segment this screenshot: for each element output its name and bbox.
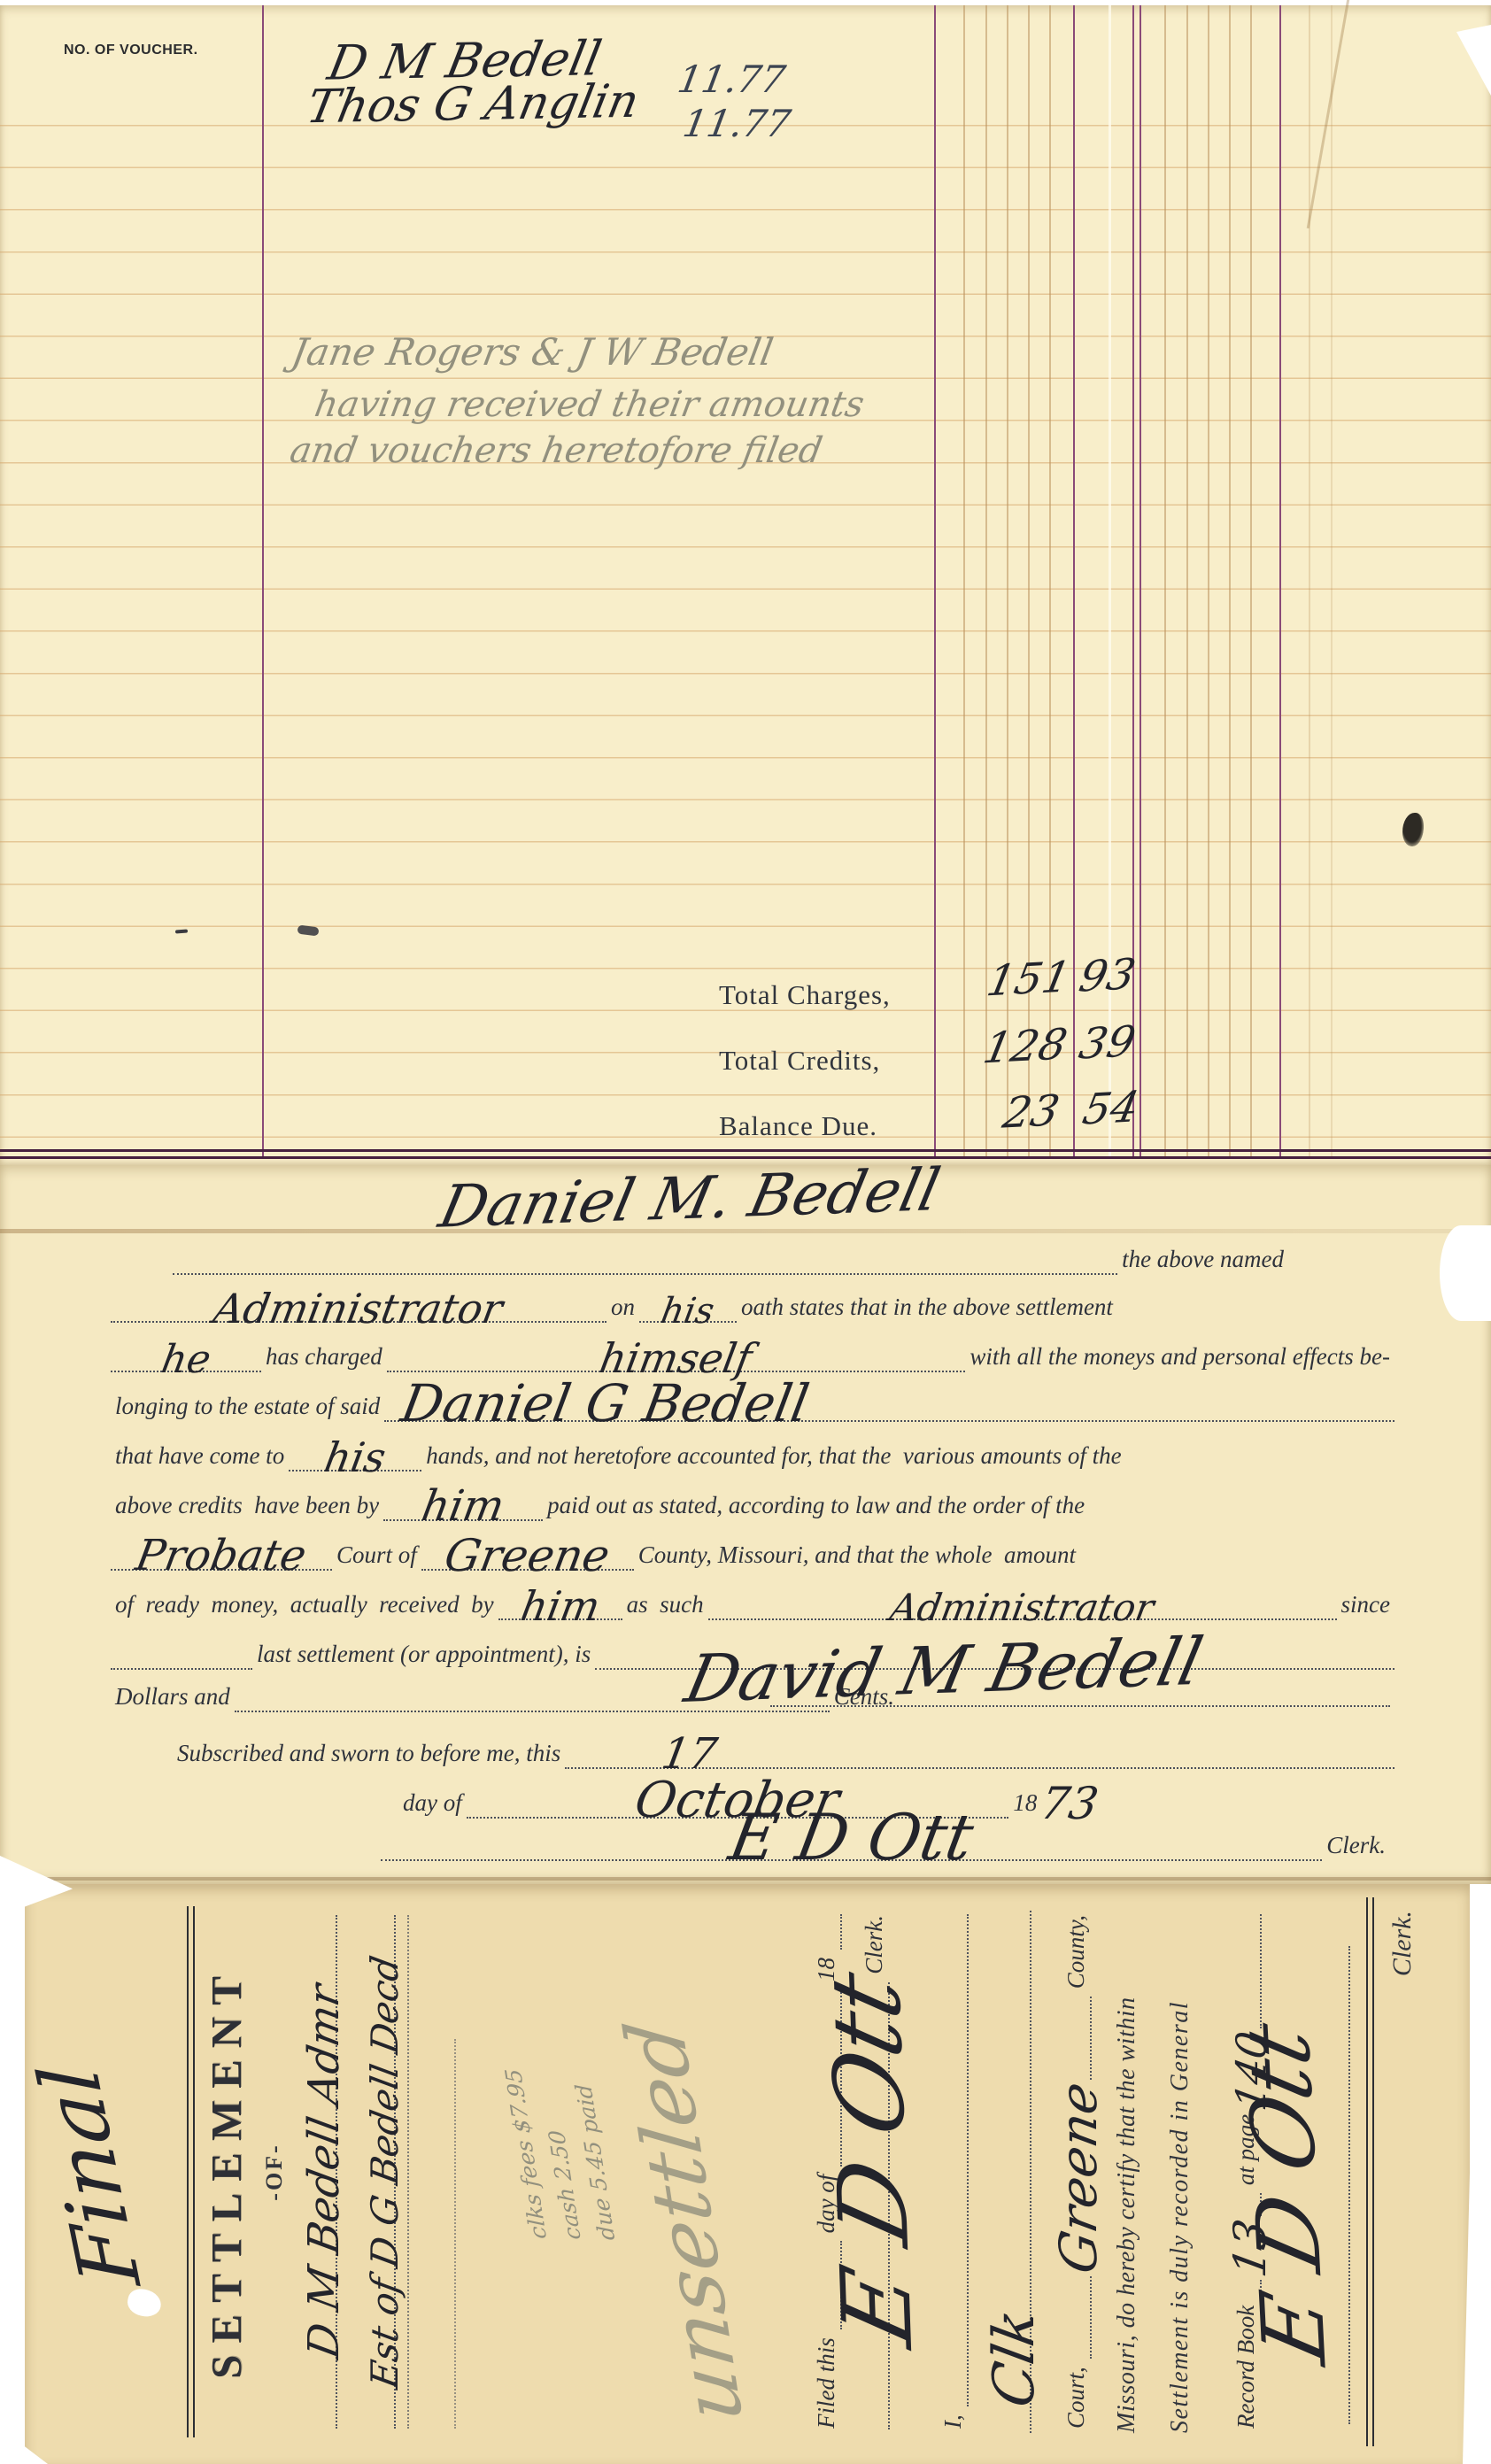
- printed-text: oath states that in the above settlement: [737, 1294, 1394, 1323]
- total-charges-dollars: 151: [984, 960, 1073, 1000]
- pencil-scrawl: unsettled: [621, 2020, 750, 2424]
- blank-line: Greene: [421, 1537, 634, 1572]
- pencil-note-line: Jane Rogers & J W Bedell: [290, 336, 776, 368]
- ott-signature-1: E D Ott: [826, 1966, 920, 2352]
- clerk-label-2: Clerk.: [1387, 1911, 1418, 2433]
- settlement-title: SETTLEMENT: [201, 1884, 251, 2460]
- clerk-signature: E D Ott: [726, 1811, 977, 1865]
- ledger-thin-rule: [963, 5, 965, 1156]
- administrator-fill: Administrator: [888, 1592, 1156, 1624]
- ledger-bottom-rule: [0, 1149, 1491, 1152]
- greene-fill: Greene: [1057, 2079, 1101, 2276]
- affidavit-line-7: Probate Court of Greene County, Missouri…: [111, 1525, 1394, 1571]
- dotted-leader: [965, 1914, 969, 2406]
- party2-fill: Est of D G Bedell Decd: [369, 1953, 401, 2390]
- him-fill: him: [518, 1589, 602, 1624]
- he-fill: he: [159, 1343, 213, 1376]
- printed-text: Court,: [1062, 2362, 1092, 2433]
- blank-line: him: [498, 1589, 622, 1620]
- printed-text: Subscribed and sworn to before me, this: [173, 1740, 565, 1769]
- printed-text: as such: [622, 1591, 708, 1620]
- printed-text: Clerk.: [1322, 1832, 1390, 1861]
- pencil-note-line: having received their amounts: [313, 390, 866, 420]
- affidavit-line-3: he has charged himself with all the mone…: [111, 1326, 1394, 1372]
- money-column-rule-3: [1279, 5, 1281, 1156]
- sheet-edge: [0, 1877, 1491, 1881]
- printed-text: County, Missouri, and that the whole amo…: [634, 1541, 1394, 1571]
- his-fill: his: [659, 1296, 716, 1326]
- blank-line: himself: [387, 1341, 966, 1372]
- affidavit-line-11: Subscribed and sworn to before me, this …: [173, 1723, 1394, 1769]
- affidavit-name-fill: Daniel M. Bedell: [436, 1165, 944, 1232]
- scanned-settlement-document: NO. OF VOUCHER. D M Bedell 11.77 Thos G …: [0, 0, 1491, 2464]
- pencil-fee-note: clks fees $7.95 cash 2.50 due 5.45 paid: [497, 2068, 624, 2240]
- ledger-thin-rule: [1229, 5, 1231, 1156]
- docket-party-line-1: D M Bedell Admr: [290, 1915, 337, 2429]
- ledger-bottom-rule: [0, 1156, 1491, 1159]
- balance-due-cents: 54: [1080, 1089, 1142, 1128]
- ledger-thin-rule: [1164, 5, 1166, 1156]
- administrator-fill: Administrator: [212, 1292, 506, 1326]
- clk-line: Clk: [980, 1911, 1031, 2433]
- pencil-note-line: and vouchers heretofore filed: [288, 436, 824, 466]
- cert-line-2: Settlement is duly recorded in General: [1166, 1911, 1194, 2433]
- probate-fill: Probate: [134, 1538, 309, 1574]
- printed-text: paid out as stated, according to law and…: [543, 1492, 1394, 1521]
- blank-line: him: [383, 1488, 543, 1521]
- ledger-entry-amount: 11.77: [681, 108, 793, 140]
- affidavit-line-2: Administrator on his oath states that in…: [111, 1277, 1394, 1323]
- docket-party-line-2: Est of D G Bedell Decd: [348, 1915, 396, 2429]
- empty-docket-line: [407, 1915, 409, 2429]
- dotted-leader: [1258, 1914, 1262, 2028]
- total-credits-cents: 39: [1077, 1023, 1139, 1062]
- printed-text: on: [606, 1294, 639, 1323]
- bedell-signature: David M Bedell: [681, 1634, 1207, 1708]
- dotted-leader: [1088, 2276, 1092, 2359]
- ledger-entry-name: Thos G Anglin: [304, 82, 642, 127]
- blank-line: 17: [565, 1736, 1394, 1769]
- money-column-double-rule-b: [1139, 5, 1141, 1156]
- balance-due-dollars: 23: [1000, 1093, 1062, 1132]
- empty-docket-line: [454, 2039, 456, 2429]
- blank-line: Daniel G Bedell: [384, 1382, 1394, 1422]
- money-column-rule-1: [934, 5, 936, 1156]
- ledger-thin-rule: [1331, 5, 1333, 1156]
- affidavit-line-1: the above named: [173, 1229, 1288, 1275]
- blank-line: E D Ott: [381, 1811, 1322, 1861]
- printed-text: above credits have been by: [111, 1492, 383, 1521]
- printed-text: Court of: [332, 1541, 421, 1571]
- day-number-fill: 17: [660, 1736, 720, 1773]
- clerk-signature-line: [1348, 1946, 1350, 2424]
- printed-text: the above named: [1117, 1246, 1288, 1275]
- total-credits-label: Total Credits,: [719, 1045, 880, 1077]
- final-note: Final: [35, 2066, 148, 2284]
- printed-text: Dollars and: [111, 1683, 235, 1712]
- printed-text: that have come to: [111, 1442, 289, 1471]
- blank-line: his: [639, 1296, 737, 1323]
- affidavit-line-8: of ready money, actually received by him…: [111, 1574, 1394, 1620]
- printed-text: hands, and not heretofore accounted for,…: [421, 1442, 1394, 1471]
- ledger-entry-amount: 11.77: [676, 64, 788, 96]
- printed-text: with all the moneys and personal effects…: [965, 1343, 1394, 1372]
- printed-text: Clerk.: [861, 1911, 890, 1979]
- blank-line: [173, 1273, 1117, 1275]
- i-line: I,: [930, 1911, 969, 2433]
- dotted-leader: [838, 1914, 842, 1950]
- affidavit-line-5: that have come to his hands, and not her…: [111, 1425, 1394, 1471]
- printed-text: I,: [939, 2410, 969, 2433]
- printed-text: longing to the estate of said: [111, 1393, 384, 1422]
- ledger-thin-rule: [1208, 5, 1209, 1156]
- total-credits-dollars: 128: [980, 1027, 1070, 1068]
- ledger-thin-rule: [1250, 5, 1252, 1156]
- blank-line: Administrator: [111, 1292, 606, 1323]
- ledger-thin-rule: [1309, 5, 1310, 1156]
- his-fill: his: [322, 1441, 389, 1475]
- ott-signature-2: E D Ott: [1242, 2018, 1333, 2368]
- ledger-thin-rule: [1186, 5, 1188, 1156]
- docket-bottom-rule: [1366, 1897, 1374, 2446]
- blank-line: he: [111, 1343, 261, 1372]
- printed-text: since: [1337, 1591, 1394, 1620]
- him-fill: him: [420, 1488, 507, 1525]
- affidavit-line-4: longing to the estate of said Daniel G B…: [111, 1376, 1394, 1422]
- printed-text: of ready money, actually received by: [111, 1591, 498, 1620]
- voucher-column-rule: [262, 5, 264, 1156]
- court-line: Court, Greene County,: [1042, 1911, 1092, 2433]
- clk-fill: Clk: [991, 2306, 1039, 2411]
- voucher-column-header: NO. OF VOUCHER.: [64, 42, 198, 58]
- printed-text: County,: [1062, 1911, 1092, 1993]
- total-charges-cents: 93: [1077, 956, 1139, 995]
- himself-fill: himself: [598, 1341, 754, 1376]
- affidavit-line-6: above credits have been by him paid out …: [111, 1475, 1394, 1521]
- blank-line: Probate: [111, 1538, 332, 1571]
- affidavit-line-13: E D Ott Clerk.: [381, 1817, 1390, 1861]
- blank-line: Administrator: [708, 1592, 1337, 1620]
- of-label: -OF-: [261, 1884, 288, 2460]
- party1-fill: D M Bedell Admr: [306, 1982, 343, 2361]
- printed-text: has charged: [261, 1343, 387, 1372]
- dotted-leader: [1088, 1997, 1092, 2079]
- cert-line-1: Missouri, do hereby certify that the wit…: [1113, 1911, 1141, 2433]
- docket-rotated-panel: Final SETTLEMENT -OF- D M Bedell Admr Es…: [40, 1884, 1439, 2460]
- title-rule: [187, 1906, 195, 2437]
- estate-name-fill: Daniel G Bedell: [398, 1382, 812, 1425]
- printed-text: Filed this: [813, 2333, 842, 2433]
- blank-line: his: [289, 1441, 421, 1471]
- total-charges-label: Total Charges,: [719, 979, 891, 1011]
- greene-fill: Greene: [443, 1537, 613, 1575]
- balance-due-label: Balance Due.: [719, 1110, 877, 1142]
- torn-edge-notch: [1440, 1225, 1491, 1321]
- money-column-rule-2: [1073, 5, 1075, 1156]
